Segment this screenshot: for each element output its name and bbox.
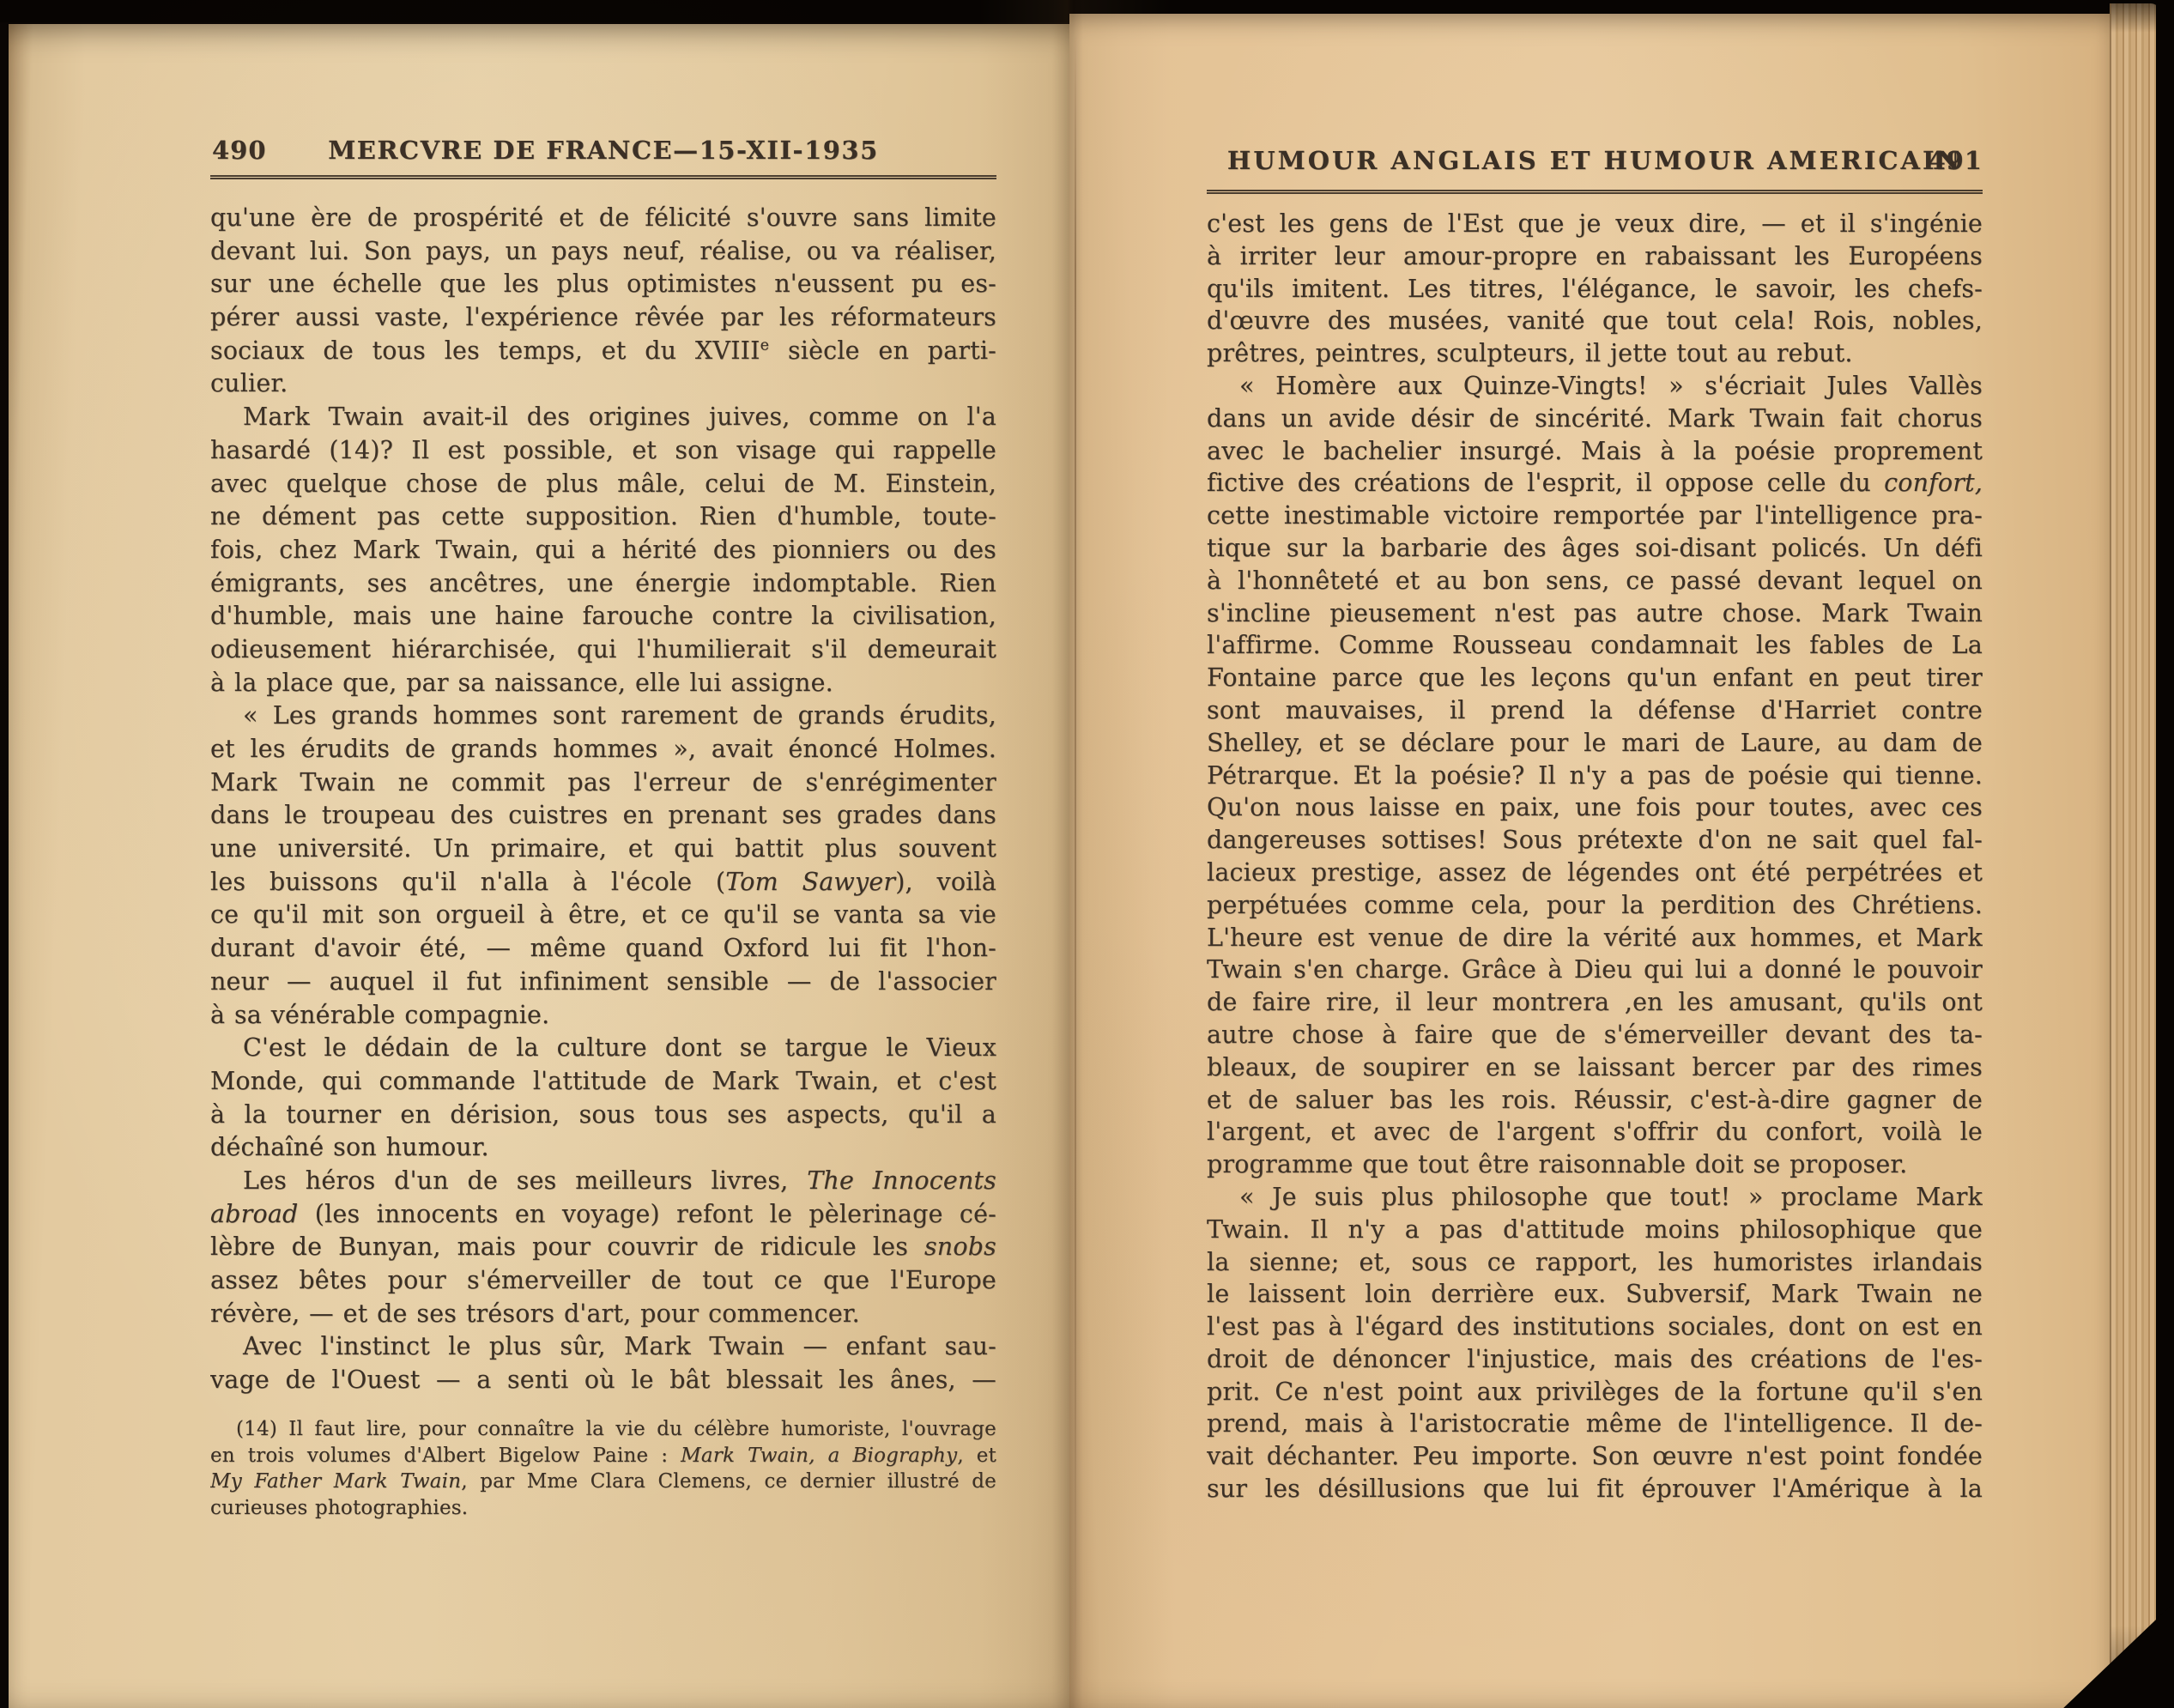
text-line: vait déchanter. Peu importe. Son œuvre n… — [1207, 1440, 1983, 1473]
right-page-header: HUMOUR ANGLAIS ET HUMOUR AMERICAIN 491 — [1207, 146, 1983, 180]
text-line: à la tourner en dérision, sous tous ses … — [210, 1099, 996, 1132]
text-line: sur une échelle que les plus optimistes … — [210, 268, 996, 301]
text-line: l'affirme. Comme Rousseau condamnait les… — [1207, 629, 1983, 662]
page-edges — [2110, 3, 2159, 1708]
text-line: Twain s'en charge. Grâce à Dieu qui lui … — [1207, 954, 1983, 986]
text-line: curieuses photographies. — [210, 1495, 996, 1522]
left-running-title: MERCVRE DE FRANCE—15-XII-1935 — [210, 136, 996, 165]
text-line: « Les grands hommes sont rarement de gra… — [210, 700, 996, 733]
left-page-body: qu'une ère de prospérité et de félicité … — [210, 202, 996, 1403]
text-line: My Father Mark Twain, par Mme Clara Clem… — [210, 1469, 996, 1495]
left-page-footnote: (14) Il faut lire, pour connaître la vie… — [210, 1416, 996, 1528]
text-line: Mark Twain ne commit pas l'erreur de s'e… — [210, 766, 996, 800]
text-line: tique sur la barbarie des âges soi-disan… — [1207, 532, 1983, 565]
text-line: Monde, qui commande l'attitude de Mark T… — [210, 1065, 996, 1099]
text-line: sociaux de tous les temps, et du XVIIIe … — [210, 335, 996, 368]
text-line: le laissent loin derrière eux. Subversif… — [1207, 1278, 1983, 1311]
text-line: déchaîné son humour. — [210, 1131, 996, 1165]
text-line: une université. Un primaire, et qui batt… — [210, 833, 996, 866]
text-line: assez bêtes pour s'émerveiller de tout c… — [210, 1264, 996, 1298]
left-page-number: 490 — [212, 136, 267, 165]
text-line: l'est pas à l'égard des institutions soc… — [1207, 1311, 1983, 1343]
text-line: et de saluer bas les rois. Réussir, c'es… — [1207, 1084, 1983, 1117]
text-line: lacieux prestige, assez de légendes ont … — [1207, 857, 1983, 889]
text-line: Les héros d'un de ses meilleurs livres, … — [210, 1165, 996, 1198]
text-line: d'œuvre des musées, vanité que tout cela… — [1207, 305, 1983, 337]
text-line: (14) Il faut lire, pour connaître la vie… — [210, 1416, 996, 1443]
text-line: fois, chez Mark Twain, qui a hérité des … — [210, 534, 996, 567]
text-line: culier. — [210, 367, 996, 401]
text-line: avec quelque chose de plus mâle, celui d… — [210, 468, 996, 501]
text-line: cette inestimable victoire remportée par… — [1207, 500, 1983, 532]
text-line: à sa vénérable compagnie. — [210, 999, 996, 1033]
text-line: prend, mais à l'aristocratie même de l'i… — [1207, 1408, 1983, 1440]
text-line: qu'ils imitent. Les titres, l'élégance, … — [1207, 273, 1983, 306]
text-line: l'argent, et avec de l'argent s'offrir d… — [1207, 1116, 1983, 1148]
text-line: émigrants, ses ancêtres, une énergie ind… — [210, 567, 996, 601]
text-line: ce qu'il mit son orgueil à être, et ce q… — [210, 899, 996, 932]
text-line: droit de dénoncer l'injustice, mais des … — [1207, 1343, 1983, 1376]
text-line: sont mauvaises, il prend la défense d'Ha… — [1207, 694, 1983, 727]
text-line: Mark Twain avait-il des origines juives,… — [210, 401, 996, 434]
text-line: lèbre de Bunyan, mais pour couvrir de ri… — [210, 1231, 996, 1264]
text-line: neur — auquel il fut infiniment sensible… — [210, 966, 996, 999]
text-line: qu'une ère de prospérité et de félicité … — [210, 202, 996, 235]
text-line: « Homère aux Quinze-Vingts! » s'écriait … — [1207, 370, 1983, 403]
text-line: devant lui. Son pays, un pays neuf, réal… — [210, 235, 996, 269]
text-line: à l'honnêteté et au bon sens, ce passé d… — [1207, 565, 1983, 597]
text-line: à irriter leur amour-propre en rabaissan… — [1207, 240, 1983, 273]
text-line: vage de l'Ouest — a senti où le bât bles… — [210, 1364, 996, 1397]
text-line: s'incline pieusement n'est pas autre cho… — [1207, 597, 1983, 630]
text-line: pérer aussi vaste, l'expérience rêvée pa… — [210, 301, 996, 335]
text-line: avec le bachelier insurgé. Mais à la poé… — [1207, 435, 1983, 468]
text-line: Pétrarque. Et la poésie? Il n'y a pas de… — [1207, 760, 1983, 792]
book-spread-photo: 490 MERCVRE DE FRANCE—15-XII-1935 qu'une… — [0, 0, 2174, 1708]
text-line: dans le troupeau des cuistres en prenant… — [210, 799, 996, 833]
right-page: HUMOUR ANGLAIS ET HUMOUR AMERICAIN 491 c… — [1069, 14, 2110, 1708]
right-page-body: c'est les gens de l'Est que je veux dire… — [1207, 208, 1983, 1512]
text-line: en trois volumes d'Albert Bigelow Paine … — [210, 1443, 996, 1469]
text-line: bleaux, de soupirer en se laissant berce… — [1207, 1051, 1983, 1084]
text-line: perpétuées comme cela, pour la perdition… — [1207, 889, 1983, 922]
text-line: révère, — et de ses trésors d'art, pour … — [210, 1298, 996, 1331]
right-page-number: 491 — [1928, 146, 1983, 175]
text-line: abroad (les innocents en voyage) refont … — [210, 1198, 996, 1232]
text-line: autre chose à faire que de s'émerveiller… — [1207, 1019, 1983, 1051]
text-line: la sienne; et, sous ce rapport, les humo… — [1207, 1246, 1983, 1279]
text-line: Fontaine parce que les leçons qu'un enfa… — [1207, 662, 1983, 694]
text-line: durant d'avoir été, — même quand Oxford … — [210, 932, 996, 966]
text-line: les buissons qu'il n'alla à l'école (Tom… — [210, 866, 996, 899]
text-line: Qu'on nous laisse en paix, une fois pour… — [1207, 791, 1983, 824]
text-line: programme que tout être raisonnable doit… — [1207, 1148, 1983, 1181]
text-line: sur les désillusions que lui fit éprouve… — [1207, 1473, 1983, 1505]
text-line: Avec l'instinct le plus sûr, Mark Twain … — [210, 1330, 996, 1364]
text-line: c'est les gens de l'Est que je veux dire… — [1207, 208, 1983, 240]
text-line: hasardé (14)? Il est possible, et son vi… — [210, 434, 996, 468]
text-line: ne dément pas cette supposition. Rien d'… — [210, 500, 996, 534]
text-line: dans un avide désir de sincérité. Mark T… — [1207, 403, 1983, 435]
right-header-rule — [1207, 190, 1983, 194]
text-line: « Je suis plus philosophe que tout! » pr… — [1207, 1181, 1983, 1214]
text-line: dangereuses sottises! Sous prétexte d'on… — [1207, 824, 1983, 857]
text-line: d'humble, mais une haine farouche contre… — [210, 600, 996, 633]
text-line: L'heure est venue de dire la vérité aux … — [1207, 922, 1983, 954]
text-line: C'est le dédain de la culture dont se ta… — [210, 1032, 996, 1065]
text-line: Shelley, et se déclare pour le mari de L… — [1207, 727, 1983, 760]
text-line: prêtres, peintres, sculpteurs, il jette … — [1207, 337, 1983, 370]
left-page-header: 490 MERCVRE DE FRANCE—15-XII-1935 — [210, 136, 996, 170]
left-page: 490 MERCVRE DE FRANCE—15-XII-1935 qu'une… — [9, 24, 1069, 1708]
scan-background-right — [2156, 0, 2174, 1708]
left-header-rule — [210, 175, 996, 179]
text-line: odieusement hiérarchisée, qui l'humilier… — [210, 633, 996, 667]
text-line: Twain. Il n'y a pas d'attitude moins phi… — [1207, 1214, 1983, 1246]
text-line: à la place que, par sa naissance, elle l… — [210, 667, 996, 700]
text-line: fictive des créations de l'esprit, il op… — [1207, 467, 1983, 500]
text-line: de faire rire, il leur montrera ,en les … — [1207, 986, 1983, 1019]
right-running-title: HUMOUR ANGLAIS ET HUMOUR AMERICAIN — [1207, 146, 1983, 175]
text-line: prit. Ce n'est point aux privilèges de l… — [1207, 1376, 1983, 1408]
text-line: et les érudits de grands hommes », avait… — [210, 733, 996, 766]
